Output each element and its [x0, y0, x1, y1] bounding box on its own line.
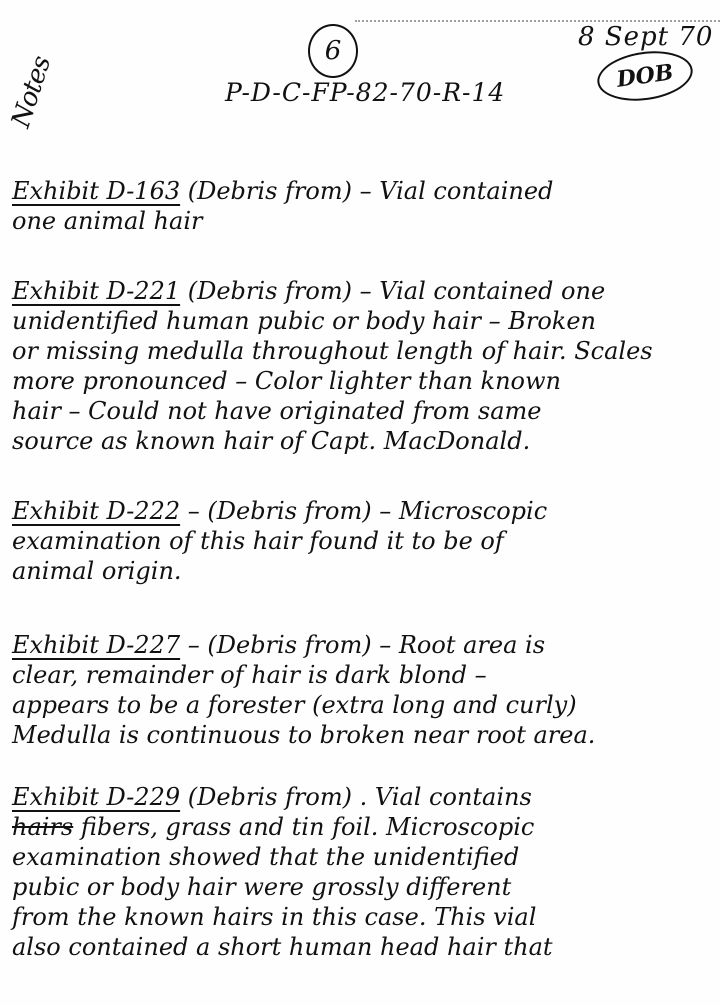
circled-initials: DOB: [594, 46, 696, 107]
entry-text-line: clear, remainder of hair is dark blond –: [12, 660, 714, 690]
entry-text-line: – Microscopic: [379, 497, 547, 525]
note-date: 8 Sept 70: [578, 22, 713, 52]
exhibit-label: Exhibit D-222: [12, 497, 180, 525]
entry-text-line: hair – Could not have originated from sa…: [12, 396, 714, 426]
entry-heading: Exhibit D-221 (Debris from) – Vial conta…: [12, 276, 714, 306]
entry-text-line: . Vial contains: [360, 783, 532, 811]
exhibit-entry-d222: Exhibit D-222 – (Debris from) – Microsco…: [12, 496, 714, 586]
exhibit-label: Exhibit D-227: [12, 631, 180, 659]
entry-text-line: – Vial contained one: [360, 277, 606, 305]
entry-text-line: – Vial contained: [360, 177, 554, 205]
entry-text-line: or missing medulla throughout length of …: [12, 336, 714, 366]
margin-note: Notes: [6, 53, 57, 131]
file-reference: P-D-C-FP-82-70-R-14: [225, 78, 505, 107]
exhibit-entry-d229: Exhibit D-229 (Debris from) . Vial conta…: [12, 782, 714, 962]
entry-text-line: examination of this hair found it to be …: [12, 526, 714, 556]
entry-text-line: source as known hair of Capt. MacDonald.: [12, 426, 714, 456]
entry-text-line: from the known hairs in this case. This …: [12, 902, 714, 932]
exhibit-source: (Debris from): [188, 783, 352, 811]
entry-text-fragment: fibers, grass and tin foil. Microscopic: [81, 813, 534, 841]
exhibit-label: Exhibit D-229: [12, 783, 180, 811]
exhibit-label: Exhibit D-221: [12, 277, 180, 305]
entry-text-line: pubic or body hair were grossly differen…: [12, 872, 714, 902]
entry-text-line: appears to be a forester (extra long and…: [12, 690, 714, 720]
struck-word: hairs: [12, 813, 73, 841]
entry-heading: Exhibit D-222 – (Debris from) – Microsco…: [12, 496, 714, 526]
exhibit-label: Exhibit D-163: [12, 177, 180, 205]
circled-page-number: 6: [308, 24, 358, 78]
entry-text-line: animal origin.: [12, 556, 714, 586]
exhibit-source: (Debris from): [188, 177, 352, 205]
entry-heading: Exhibit D-229 (Debris from) . Vial conta…: [12, 782, 714, 812]
initials-text: DOB: [615, 59, 675, 93]
entry-text-line: also contained a short human head hair t…: [12, 932, 714, 962]
entry-heading: Exhibit D-163 (Debris from) – Vial conta…: [12, 176, 714, 206]
exhibit-source: – (Debris from): [188, 497, 372, 525]
page-number-text: 6: [325, 36, 342, 66]
entry-text-line: Medulla is continuous to broken near roo…: [12, 720, 714, 750]
entry-text-line: more pronounced – Color lighter than kno…: [12, 366, 714, 396]
exhibit-entry-d221: Exhibit D-221 (Debris from) – Vial conta…: [12, 276, 714, 456]
entry-text-line: one animal hair: [12, 206, 714, 236]
exhibit-entry-d163: Exhibit D-163 (Debris from) – Vial conta…: [12, 176, 714, 236]
exhibit-source: (Debris from): [188, 277, 352, 305]
entry-text-line-with-strike: hairs fibers, grass and tin foil. Micros…: [12, 812, 714, 842]
entry-text-line: – Root area is: [379, 631, 545, 659]
entry-text-line: unidentified human pubic or body hair – …: [12, 306, 714, 336]
entry-text-line: examination showed that the unidentified: [12, 842, 714, 872]
scanned-document-page: Notes 6 P-D-C-FP-82-70-R-14 8 Sept 70 DO…: [0, 0, 720, 1006]
exhibit-entry-d227: Exhibit D-227 – (Debris from) – Root are…: [12, 630, 714, 750]
entry-heading: Exhibit D-227 – (Debris from) – Root are…: [12, 630, 714, 660]
exhibit-source: – (Debris from): [188, 631, 372, 659]
